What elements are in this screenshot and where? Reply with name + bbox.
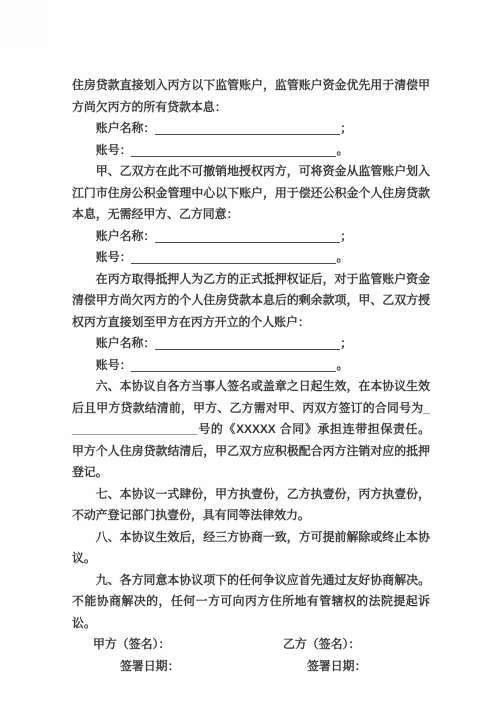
account-name-blank-line xyxy=(155,121,340,135)
account-number-label: 账号： xyxy=(96,358,132,372)
account-number-blank-line xyxy=(131,250,336,264)
account-name-blank-line xyxy=(155,336,340,350)
signature-date-row: 签署日期： 签署日期： xyxy=(72,656,430,678)
signature-row: 甲方（签名）： 乙方（签名）： xyxy=(72,634,430,656)
contract-body: 住房贷款直接划入丙方以下监管账户，监管账户资金优先用于清偿甲方尚欠丙方的所有贷款… xyxy=(72,75,430,677)
account-number-label: 账号： xyxy=(96,250,132,264)
account-name-blank-line xyxy=(155,229,340,243)
fund-center-account-block: 账户名称：； 账号：。 xyxy=(72,226,430,269)
account-name-label: 账户名称： xyxy=(96,121,155,135)
clause-8-paragraph: 八、本协议生效后，经三方协商一致，方可提前解除或终止本协议。 xyxy=(72,527,430,570)
account-number-blank-line xyxy=(131,358,336,372)
account-number-punct: 。 xyxy=(336,143,348,157)
clause-remainder-paragraph: 在丙方取得抵押人为乙方的正式抵押权证后，对于监管账户资金清偿甲方尚欠丙方的个人住… xyxy=(72,269,430,334)
account-name-punct: ； xyxy=(340,121,352,135)
clause-6-text-before-blank: 六、本协议自各方当事人签名或盖章之日起生效，在本协议生效后且甲方贷款结清前，甲方… xyxy=(72,379,430,415)
party-a-date-label: 签署日期： xyxy=(120,656,179,678)
account-name-row: 账户名称：； xyxy=(72,226,430,248)
contract-page: 住房贷款直接划入丙方以下监管账户，监管账户资金优先用于清偿甲方尚欠丙方的所有贷款… xyxy=(0,0,500,707)
supervision-account-block: 账户名称：； 账号：。 xyxy=(72,118,430,161)
account-name-punct: ； xyxy=(340,336,352,350)
clause-9-paragraph: 九、各方同意本协议项下的任何争议应首先通过友好协商解决。不能协商解决的，任何一方… xyxy=(72,570,430,635)
account-number-row: 账号：。 xyxy=(72,140,430,162)
account-number-row: 账号：。 xyxy=(72,247,430,269)
clause-loan-transfer-paragraph: 住房贷款直接划入丙方以下监管账户，监管账户资金优先用于清偿甲方尚欠丙方的所有贷款… xyxy=(72,75,430,118)
clause-6-paragraph: 六、本协议自各方当事人签名或盖章之日起生效，在本协议生效后且甲方贷款结清前，甲方… xyxy=(72,376,430,484)
account-name-punct: ； xyxy=(340,229,352,243)
account-name-label: 账户名称： xyxy=(96,336,155,350)
account-number-row: 账号：。 xyxy=(72,355,430,377)
account-number-punct: 。 xyxy=(336,358,348,372)
account-name-label: 账户名称： xyxy=(96,229,155,243)
party-b-date-label: 签署日期： xyxy=(307,656,366,678)
clause-authorization-paragraph: 甲、乙双方在此不可撤销地授权丙方，可将资金从监管账户划入江门市住房公积金管理中心… xyxy=(72,161,430,226)
party-b-signature-label: 乙方（签名）： xyxy=(283,634,360,656)
party-a-signature-label: 甲方（签名）： xyxy=(93,634,170,656)
account-number-blank-line xyxy=(131,143,336,157)
account-number-label: 账号： xyxy=(96,143,132,157)
personal-account-block: 账户名称：； 账号：。 xyxy=(72,333,430,376)
account-number-punct: 。 xyxy=(336,250,348,264)
account-name-row: 账户名称：； xyxy=(72,333,430,355)
clause-7-paragraph: 七、本协议一式肆份，甲方执壹份，乙方执壹份，丙方执壹份，不动产登记部门执壹份，具… xyxy=(72,484,430,527)
account-name-row: 账户名称：； xyxy=(72,118,430,140)
scan-corner-artifact xyxy=(0,0,45,45)
